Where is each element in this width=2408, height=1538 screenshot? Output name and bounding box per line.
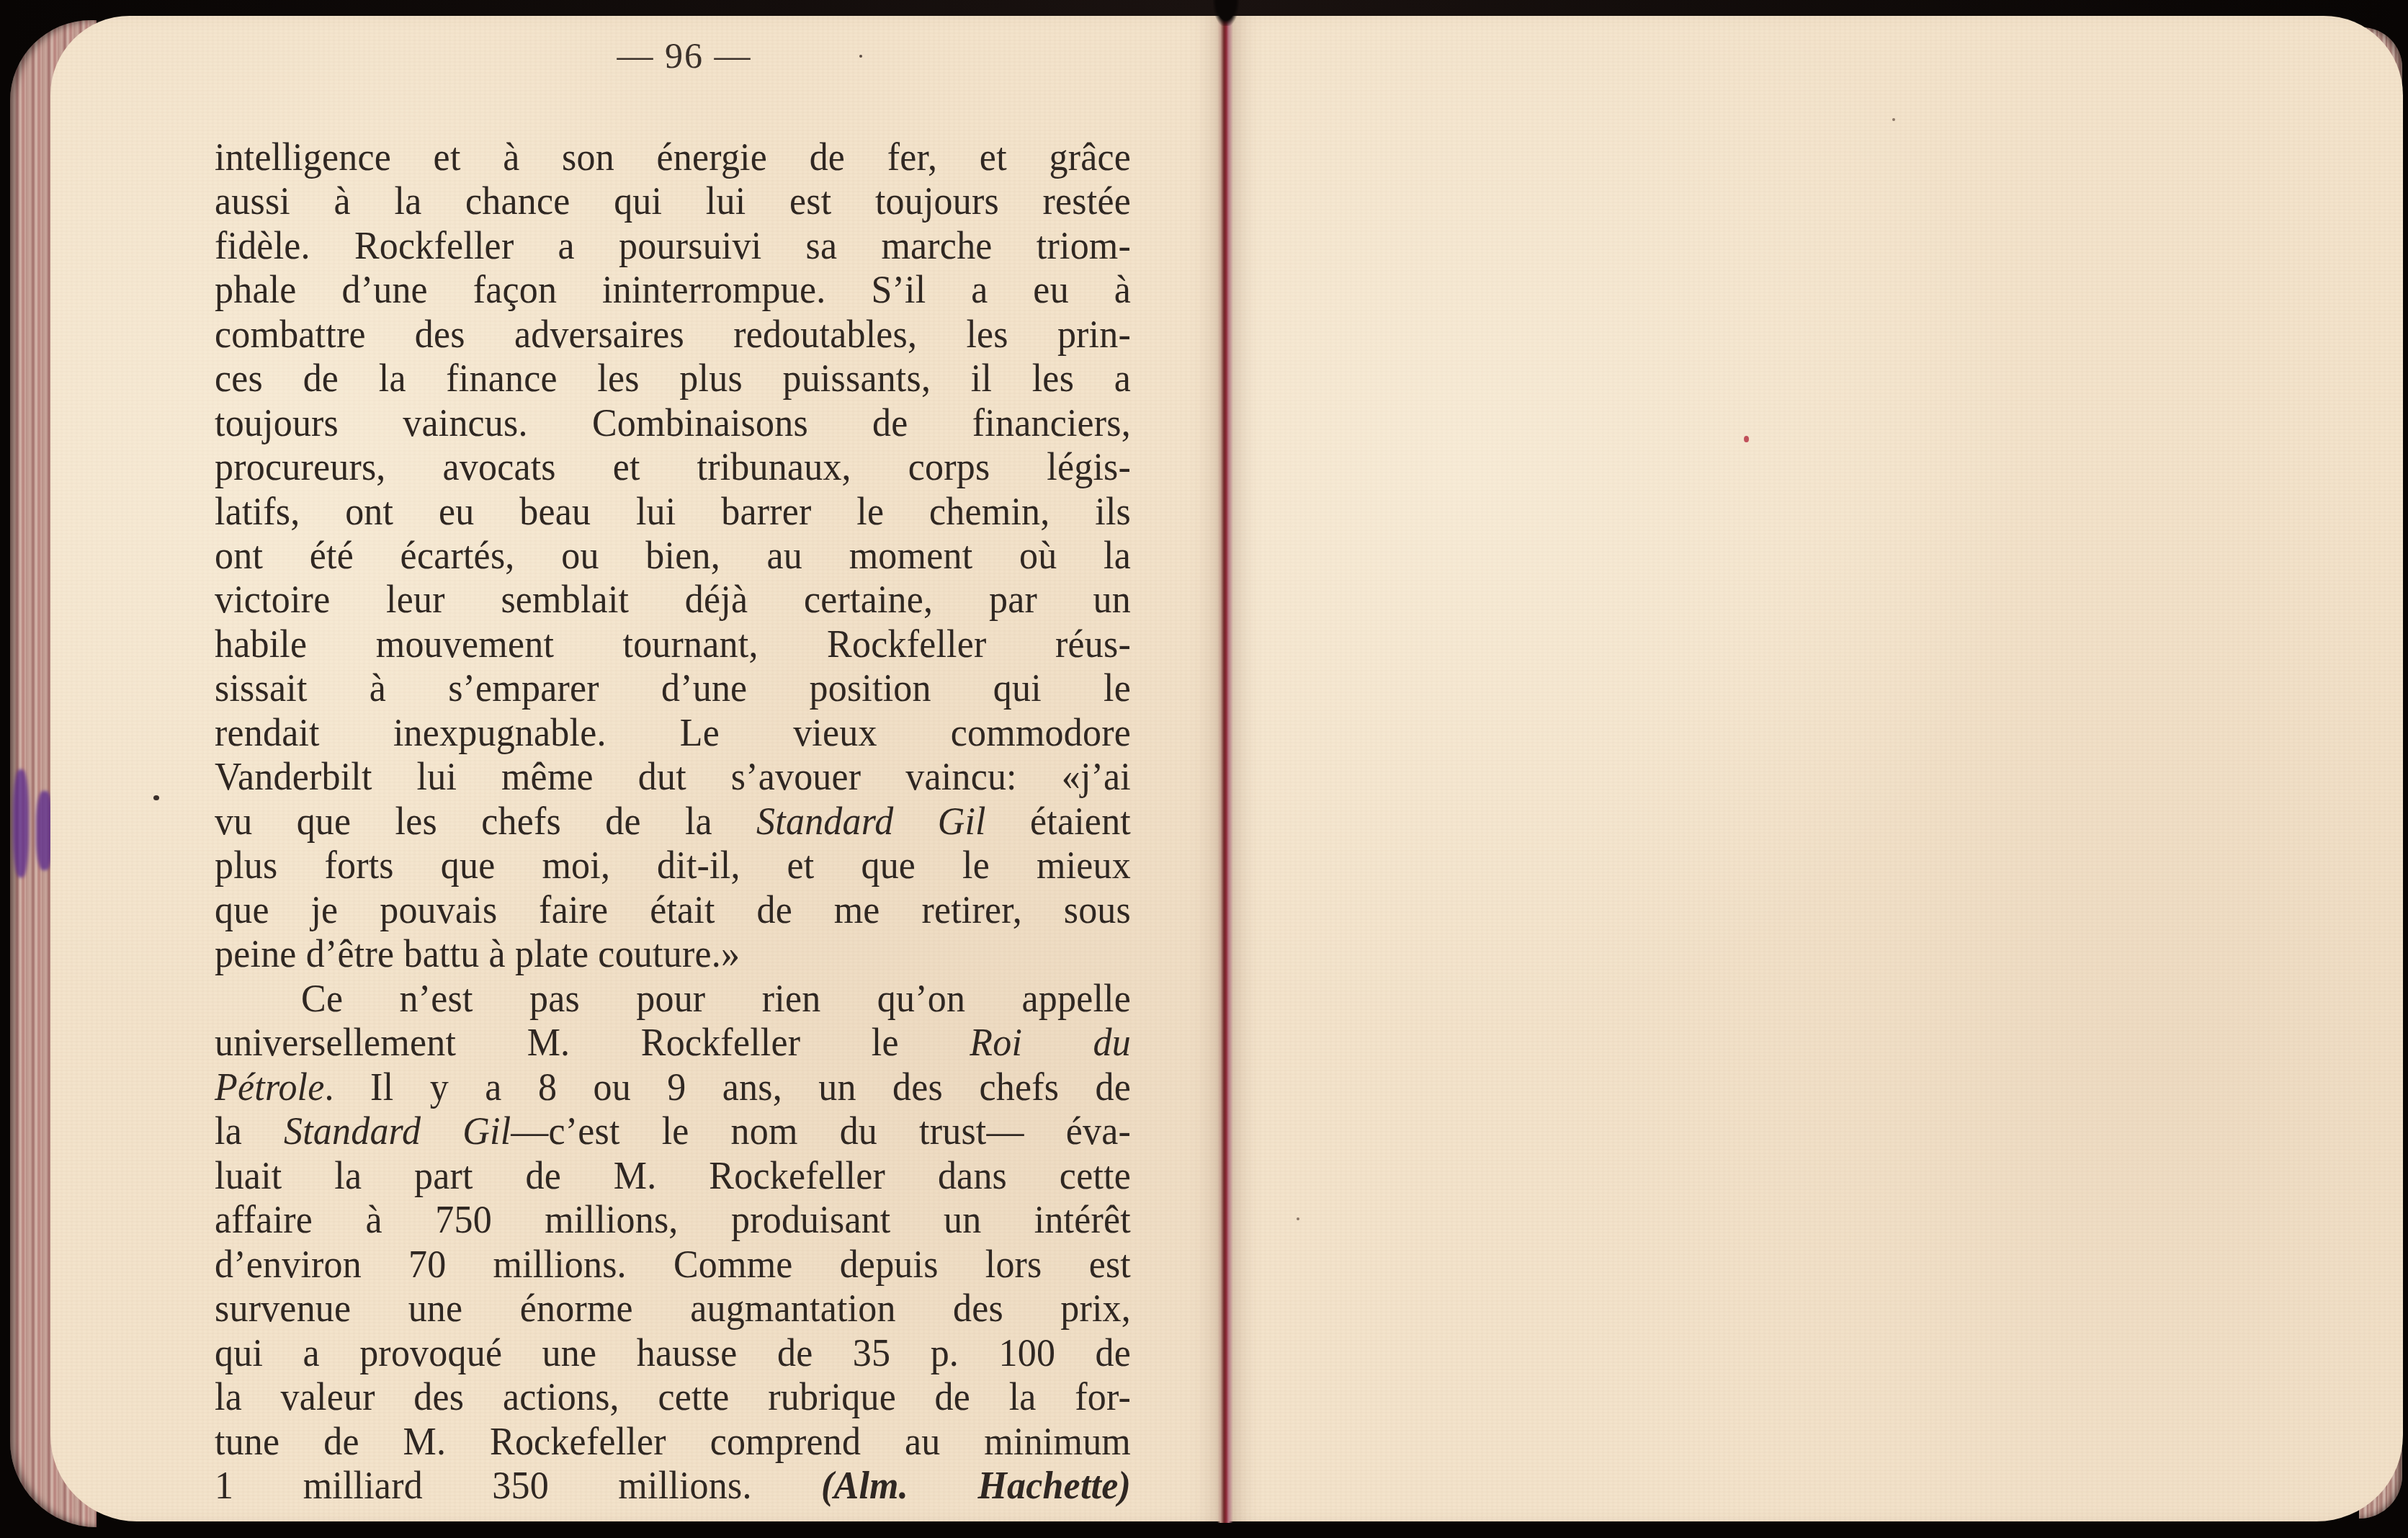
italic-company-name: Standard Gil: [284, 1110, 511, 1153]
text-line: survenue une énorme augmantation des pri…: [215, 1287, 1131, 1331]
text-line: procureurs, avocats et tribunaux, corps …: [215, 445, 1131, 489]
line-text: la: [215, 1110, 284, 1153]
ink-speck: [1892, 118, 1895, 121]
text-line: vu que les chefs de la Standard Gil étai…: [215, 800, 1131, 844]
text-line: sissait à s’emparer d’une position qui l…: [215, 667, 1131, 711]
text-line: phale d’une façon ininterrompue. S’il a …: [215, 268, 1131, 312]
text-line: qui a provoqué une hausse de 35 p. 100 d…: [215, 1331, 1131, 1375]
ink-speck: [153, 795, 159, 800]
italic-company-name: Standard Gil: [756, 800, 986, 843]
text-line: toujours vaincus. Combinaisons de financ…: [215, 401, 1131, 445]
text-line-final: 1 milliard 350 millions. (Alm. Hachette): [215, 1464, 1131, 1508]
text-line: Vanderbilt lui même dut s’avouer vaincu:…: [215, 756, 1131, 800]
text-line: universellement M. Rockfeller le Roi du: [215, 1021, 1131, 1065]
right-page: [1229, 16, 2403, 1521]
body-text: intelligence et à son énergie de fer, et…: [215, 135, 1131, 1508]
line-text: étaient: [986, 800, 1131, 843]
book-spine: [1217, 17, 1233, 1523]
text-line: Pétrole. Il y a 8 ou 9 ans, un des chefs…: [215, 1065, 1131, 1109]
text-line: tune de M. Rockefeller comprend au minim…: [215, 1420, 1131, 1464]
text-line: plus forts que moi, dit-il, et que le mi…: [215, 844, 1131, 888]
text-line: d’environ 70 millions. Comme depuis lors…: [215, 1243, 1131, 1287]
text-line: combattre des adversaires redoutables, l…: [215, 313, 1131, 357]
text-line: latifs, ont eu beau lui barrer le chemin…: [215, 490, 1131, 534]
page-number: — 96 —: [605, 35, 764, 76]
text-line: peine d’être battu à plate couture.»: [215, 933, 1131, 977]
text-line: fidèle. Rockfeller a poursuivi sa marche…: [215, 224, 1131, 268]
text-line: aussi à la chance qui lui est toujours r…: [215, 179, 1131, 223]
italic-title: Pétrole: [215, 1065, 325, 1109]
text-line: victoire leur semblait déjà certaine, pa…: [215, 578, 1131, 622]
ink-speck: [1297, 1217, 1299, 1220]
line-text: vu que les chefs de la: [215, 800, 756, 843]
text-line: habile mouvement tournant, Rockfeller ré…: [215, 622, 1131, 666]
italic-title: Roi du: [970, 1021, 1131, 1065]
line-text: 1 milliard 350 millions.: [215, 1464, 752, 1507]
text-line: affaire à 750 millions, produisant un in…: [215, 1199, 1131, 1243]
line-text: . Il y a 8 ou 9 ans, un des chefs de: [325, 1065, 1131, 1109]
ink-speck: [859, 55, 862, 58]
text-line: luait la part de M. Rockefeller dans cet…: [215, 1154, 1131, 1198]
text-line: rendait inexpugnable. Le vieux commodore: [215, 711, 1131, 755]
text-line: intelligence et à son énergie de fer, et…: [215, 135, 1131, 179]
text-line: ces de la finance les plus puissants, il…: [215, 357, 1131, 401]
text-line: la valeur des actions, cette rubrique de…: [215, 1375, 1131, 1419]
text-line: la Standard Gil—c’est le nom du trust— é…: [215, 1110, 1131, 1154]
book-scan: — 96 — intelligence et à son énergie de …: [0, 0, 2408, 1538]
source-citation: (Alm. Hachette): [821, 1464, 1131, 1507]
purple-stamp-left-outer: [13, 769, 29, 877]
red-speck: [1744, 436, 1749, 442]
text-line: que je pouvais faire était de me retirer…: [215, 888, 1131, 932]
spine-shadow: [1213, 0, 1239, 26]
text-line-paragraph-start: Ce n’est pas pour rien qu’on appelle: [215, 977, 1131, 1021]
line-text: universellement M. Rockfeller le: [215, 1021, 970, 1065]
text-line: ont été écartés, ou bien, au moment où l…: [215, 534, 1131, 578]
line-text: —c’est le nom du trust— éva-: [511, 1110, 1131, 1153]
